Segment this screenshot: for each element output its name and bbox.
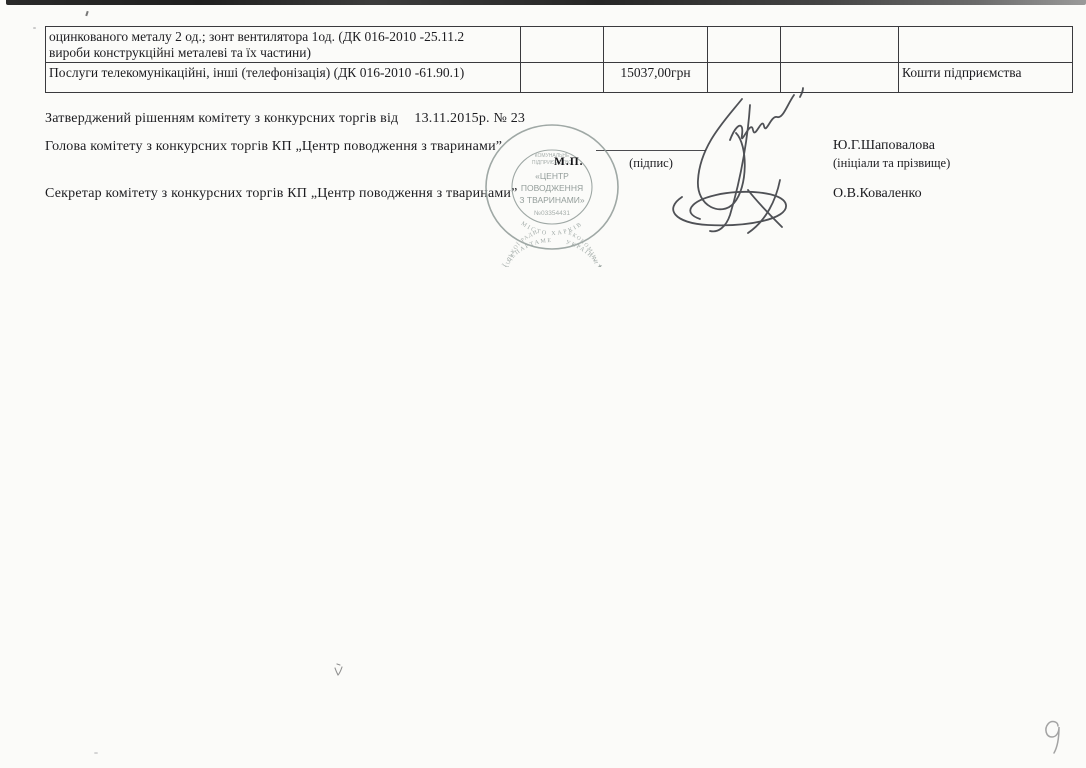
procurement-table: оцинкованого металу 2 од.; зонт вентилят… <box>45 26 1073 93</box>
approval-label: Затверджений рішенням комітету з конкурс… <box>45 111 398 126</box>
table-row: Послуги телекомунікаційні, інші (телефон… <box>46 63 1073 93</box>
empty-cell <box>781 27 899 63</box>
item-description-line: Послуги телекомунікаційні, інші (телефон… <box>49 65 517 81</box>
funding-cell: Кошти підприємства <box>899 63 1073 93</box>
stamp-center-line: З ТВАРИНАМИ» <box>519 195 585 205</box>
empty-cell <box>521 63 604 93</box>
secretary-role-line: Секретар комітету з конкурсних торгів КП… <box>45 186 518 202</box>
scan-speck <box>33 27 36 29</box>
scan-speck <box>332 663 346 680</box>
stamp-center-line: «ЦЕНТР <box>535 171 569 181</box>
head-role-line: Голова комітету з конкурсних торгів КП „… <box>45 139 502 155</box>
scan-edge-band <box>6 0 1086 5</box>
head-name: Ю.Г.Шаповалова <box>833 138 935 154</box>
approval-line: Затверджений рішенням комітету з конкурс… <box>45 111 525 127</box>
name-caption: (ініціали та прізвище) <box>833 156 950 171</box>
funding-cell <box>899 27 1073 63</box>
item-description-line: вироби конструкційні металеві та їх част… <box>49 45 517 61</box>
secretary-name: О.В.Коваленко <box>833 186 922 202</box>
scan-speck <box>94 752 98 754</box>
official-stamp-icon: УКРАЇНА ★ УПРАВЛІННЯ КОМУНАЛЬНОГО МАЙНА … <box>472 107 632 267</box>
table-row: оцинкованого металу 2 од.; зонт вентилят… <box>46 27 1073 63</box>
stamp-center-line: №03354431 <box>534 210 570 217</box>
stamp-center-line: ПОВОДЖЕННЯ <box>521 183 583 193</box>
scan-speck <box>85 11 88 16</box>
mp-seal-label: М.П. <box>554 156 584 168</box>
page-number: 9 <box>1038 718 1068 760</box>
empty-cell <box>521 27 604 63</box>
signature <box>630 85 820 237</box>
item-description-cell: Послуги телекомунікаційні, інші (телефон… <box>46 63 521 93</box>
item-description-line: оцинкованого металу 2 од.; зонт вентилят… <box>49 29 517 45</box>
empty-cell <box>708 27 781 63</box>
amount-cell <box>604 27 708 63</box>
item-description-cell: оцинкованого металу 2 од.; зонт вентилят… <box>46 27 521 63</box>
